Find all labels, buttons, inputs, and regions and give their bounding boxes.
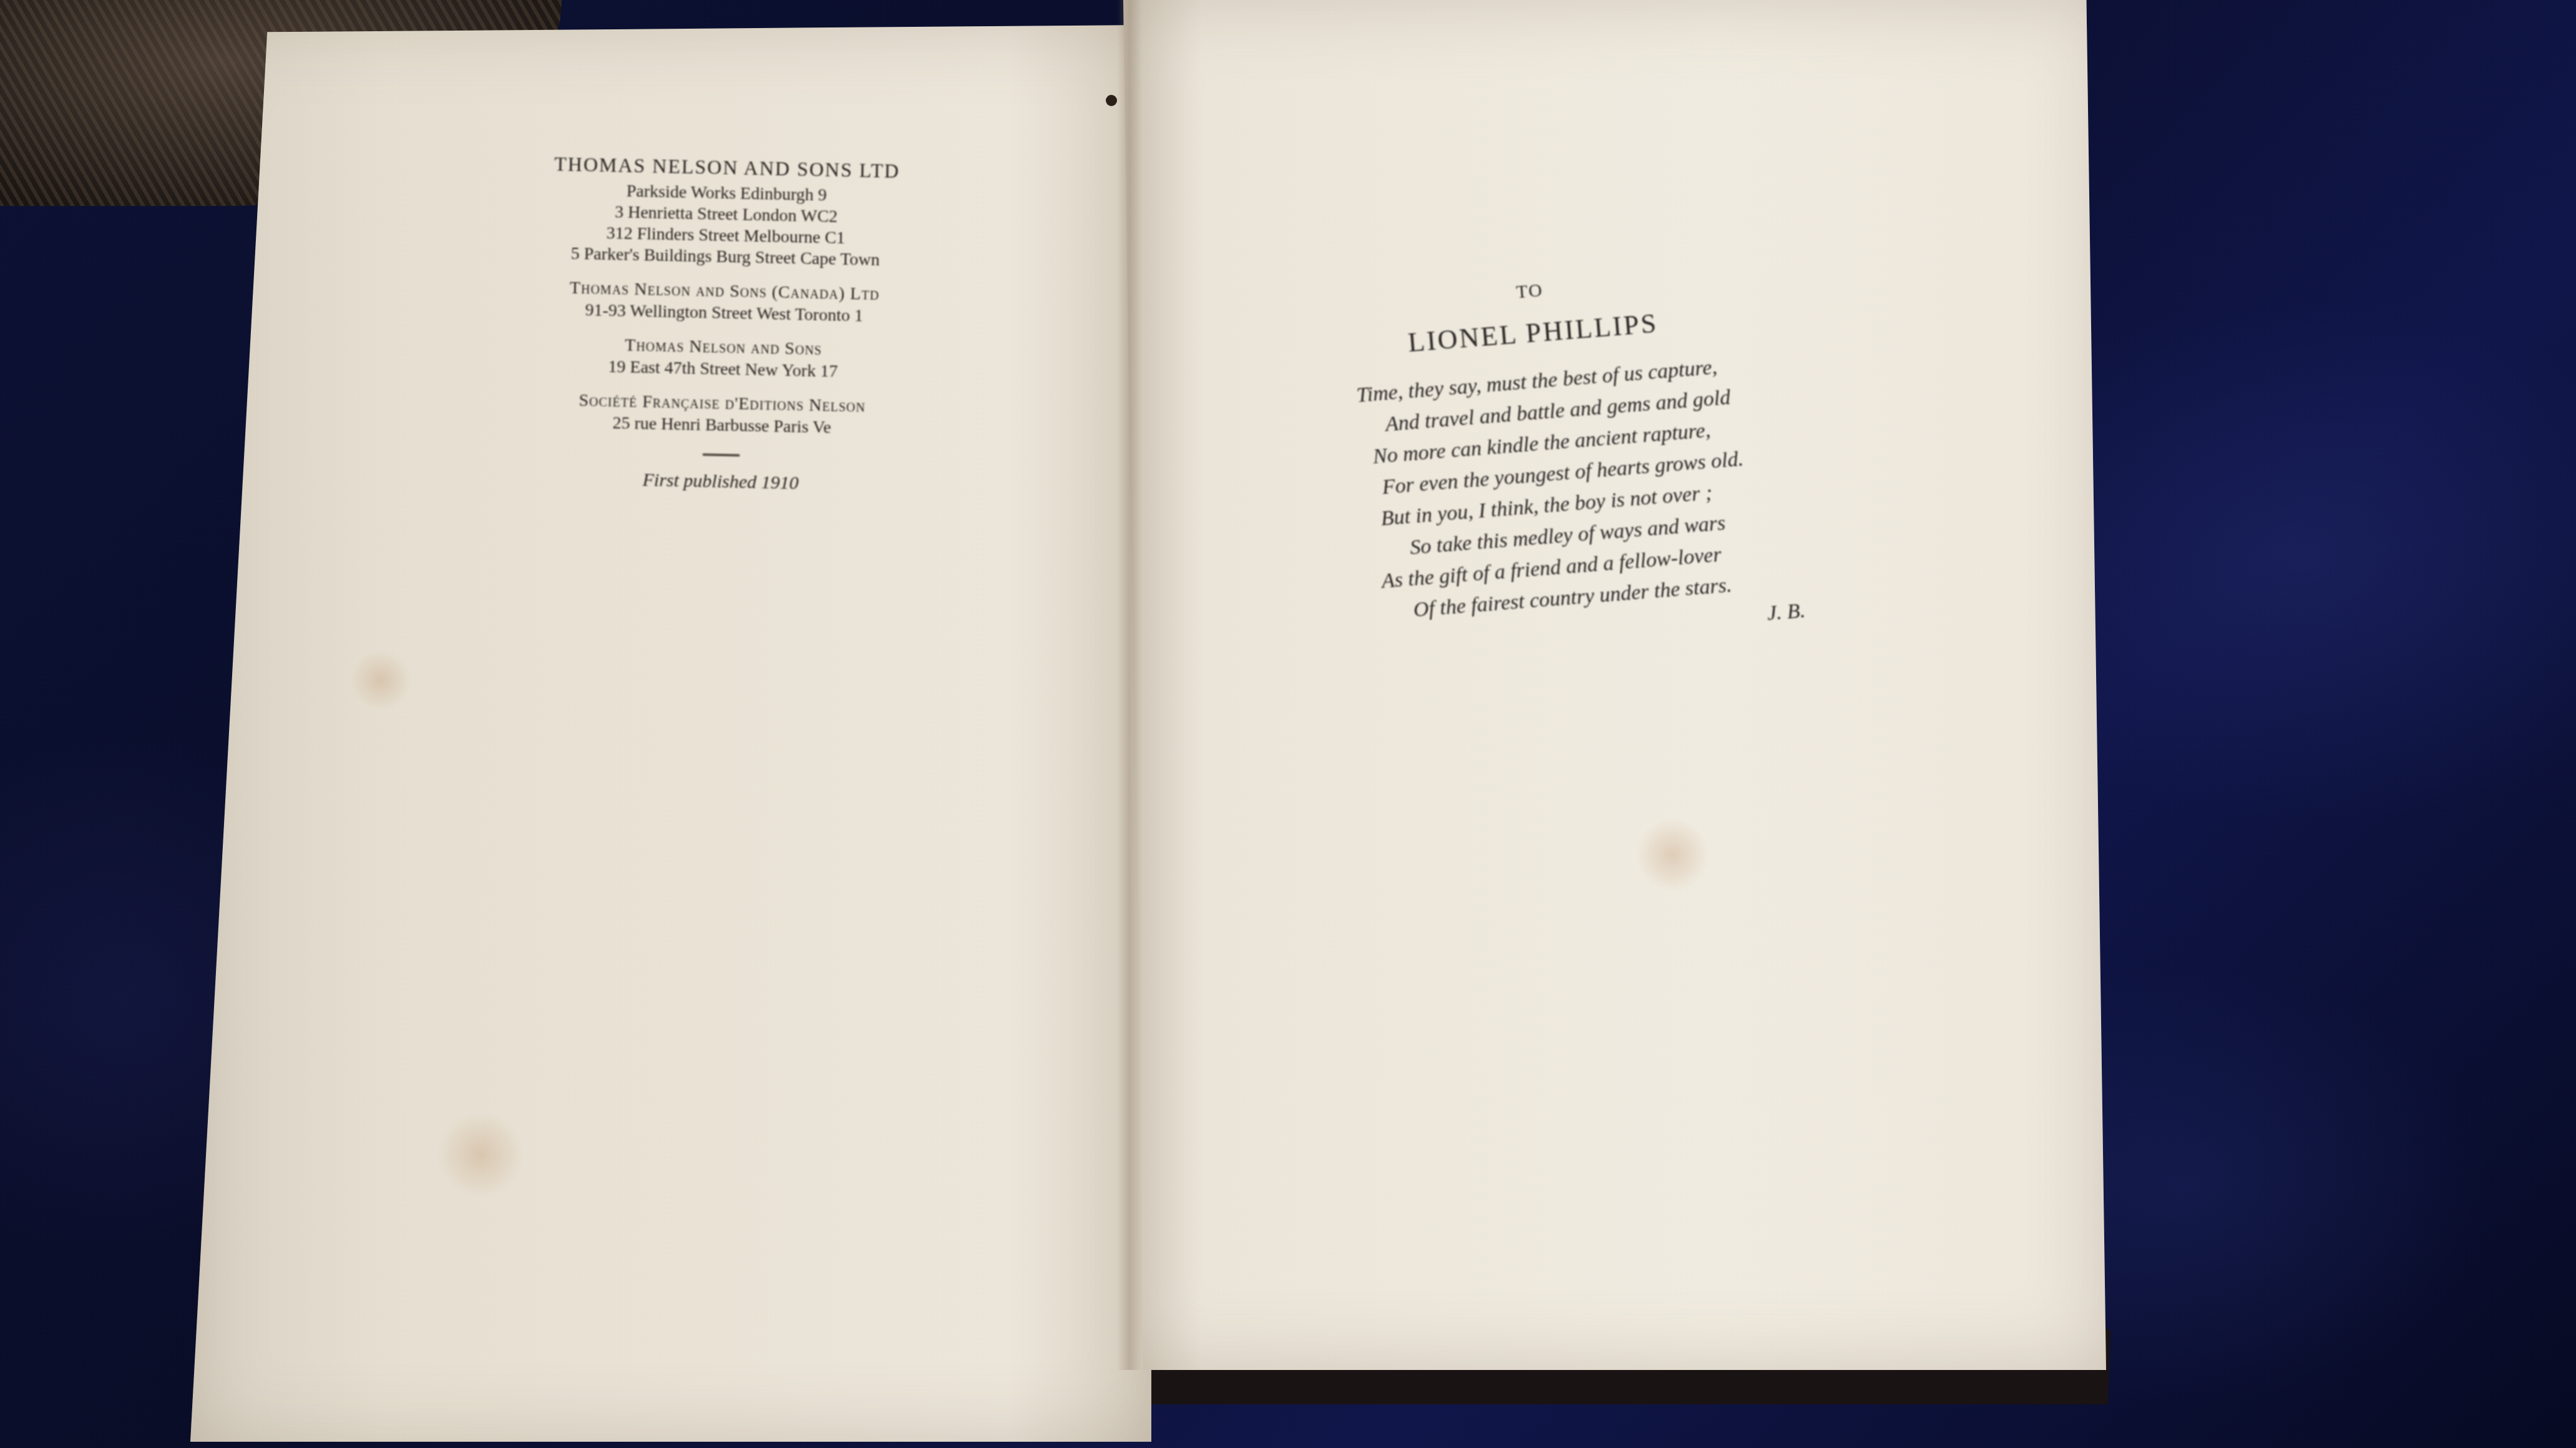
book-gutter xyxy=(1117,0,1142,1370)
right-page xyxy=(1123,0,2106,1370)
spine-mark xyxy=(1106,95,1117,106)
divider-rule xyxy=(703,453,740,456)
foxing-spot xyxy=(349,649,412,712)
foxing-spot xyxy=(1635,818,1710,893)
imprint-block: THOMAS NELSON AND SONS LTD Parkside Work… xyxy=(495,152,952,497)
dedication-poem: Time, they say, must the best of us capt… xyxy=(1281,346,1810,635)
foxing-spot xyxy=(437,1111,524,1198)
dedication-block: TO LIONEL PHILLIPS Time, they say, must … xyxy=(1274,261,1812,663)
